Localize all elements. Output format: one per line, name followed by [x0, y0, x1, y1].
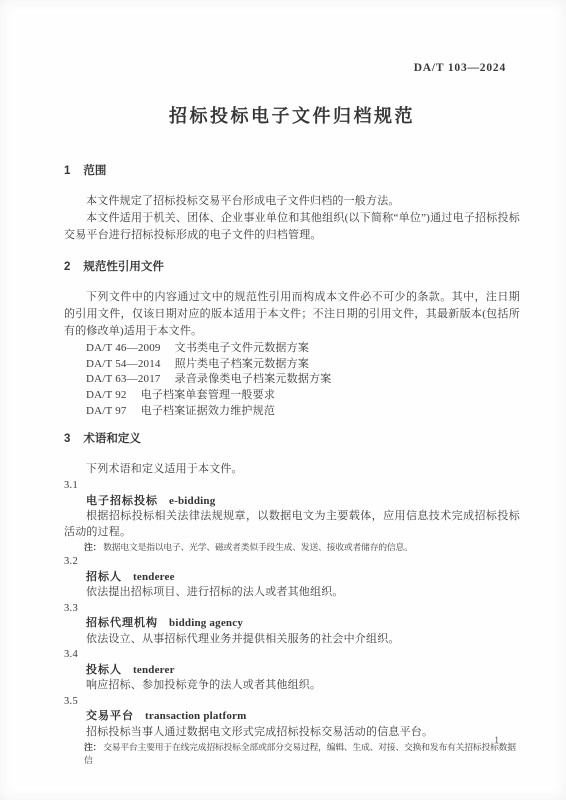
- term-definition: 依法设立、从事招标代理业务并提供相关服务的社会中介组织。: [64, 632, 520, 648]
- term-chinese: 电子招标投标: [86, 495, 158, 507]
- term-entry-3-4: 3.4 投标人tenderer 响应招标、参加投标竞争的法人或者其他组织。: [64, 647, 520, 694]
- note-text: 交易平台主要用于在线完成招标投标全部或部分交易过程，编辑、生成、对接、交换和发布…: [84, 742, 516, 765]
- note-text: 数据电文是指以电子、光学、磁或者类似手段生成、发送、接收或者储存的信息。: [103, 542, 413, 552]
- reference-code: DA/T 97: [86, 404, 127, 420]
- term-definition: 招标投标当事人通过数据电文形式完成招标投标交易活动的信息平台。: [64, 725, 520, 741]
- page-content: DA/T 103—2024 招标投标电子文件归档规范 1范围 本文件规定了招标投…: [64, 0, 520, 767]
- section-number: 3: [64, 432, 70, 446]
- document-title: 招标投标电子文件归档规范: [64, 102, 520, 128]
- term-name-line: 电子招标投标e-bidding: [64, 494, 520, 510]
- reference-item: DA/T 92电子档案单套管理一般要求: [64, 388, 520, 404]
- section-number: 2: [64, 260, 70, 274]
- section-title: 术语和定义: [83, 433, 141, 445]
- reference-code: DA/T 54—2014: [86, 357, 161, 373]
- reference-title: 电子档案证据效力维护规范: [141, 405, 275, 417]
- term-definition: 依法提出招标项目、进行招标的法人或者其他组织。: [64, 585, 520, 601]
- term-name-line: 招标代理机构bidding agency: [64, 616, 520, 632]
- terms-intro: 下列术语和定义适用于本文件。: [64, 461, 520, 478]
- scope-paragraph-2: 本文件适用于机关、团体、企业事业单位和其他组织(以下简称“单位”)通过电子招标投…: [64, 210, 520, 244]
- section-title: 范围: [83, 165, 106, 177]
- term-chinese: 交易平台: [86, 710, 134, 722]
- section-number: 1: [64, 164, 70, 178]
- term-english: e-bidding: [169, 495, 215, 507]
- term-english: bidding agency: [169, 617, 243, 629]
- reference-title: 照片类电子档案元数据方案: [175, 358, 309, 370]
- term-chinese: 招标人: [86, 571, 122, 583]
- term-number: 3.3: [64, 601, 520, 617]
- term-entry-3-5: 3.5 交易平台transaction platform 招标投标当事人通过数据…: [64, 694, 520, 768]
- term-note: 注：数据电文是指以电子、光学、磁或者类似手段生成、发送、接收或者储存的信息。: [84, 541, 520, 554]
- section-heading-references: 2规范性引用文件: [64, 260, 520, 274]
- term-entry-3-3: 3.3 招标代理机构bidding agency 依法设立、从事招标代理业务并提…: [64, 601, 520, 648]
- term-name-line: 交易平台transaction platform: [64, 709, 520, 725]
- section-heading-scope: 1范围: [64, 164, 520, 178]
- term-number: 3.1: [64, 478, 520, 494]
- term-english: transaction platform: [145, 710, 246, 722]
- reference-item: DA/T 63—2017录音录像类电子档案元数据方案: [64, 372, 520, 388]
- scope-paragraph-1: 本文件规定了招标投标交易平台形成电子文件归档的一般方法。: [64, 193, 520, 210]
- term-chinese: 招标代理机构: [86, 617, 158, 629]
- reference-title: 文书类电子文件元数据方案: [175, 342, 309, 354]
- references-intro: 下列文件中的内容通过文中的规范性引用而构成本文件必不可少的条款。其中，注日期的引…: [64, 289, 520, 341]
- references-list: DA/T 46—2009文书类电子文件元数据方案 DA/T 54—2014照片类…: [64, 341, 520, 419]
- term-definition: 响应招标、参加投标竞争的法人或者其他组织。: [64, 678, 520, 694]
- reference-code: DA/T 46—2009: [86, 341, 161, 357]
- terms-list: 3.1 电子招标投标e-bidding 根据招标投标相关法律法规规章，以数据电文…: [64, 478, 520, 767]
- term-name-line: 投标人tenderer: [64, 663, 520, 679]
- reference-item: DA/T 54—2014照片类电子档案元数据方案: [64, 357, 520, 373]
- reference-code: DA/T 63—2017: [86, 372, 161, 388]
- standard-code-header: DA/T 103—2024: [64, 62, 520, 74]
- reference-code: DA/T 92: [86, 388, 127, 404]
- reference-item: DA/T 46—2009文书类电子文件元数据方案: [64, 341, 520, 357]
- term-entry-3-2: 3.2 招标人tenderee 依法提出招标项目、进行招标的法人或者其他组织。: [64, 554, 520, 601]
- term-entry-3-1: 3.1 电子招标投标e-bidding 根据招标投标相关法律法规规章，以数据电文…: [64, 478, 520, 554]
- term-number: 3.5: [64, 694, 520, 710]
- term-english: tenderee: [133, 571, 175, 583]
- reference-title: 电子档案单套管理一般要求: [141, 389, 275, 401]
- term-number: 3.2: [64, 554, 520, 570]
- term-number: 3.4: [64, 647, 520, 663]
- page-number: 1: [494, 736, 499, 746]
- note-label: 注：: [84, 542, 101, 552]
- term-note: 注：交易平台主要用于在线完成招标投标全部或部分交易过程，编辑、生成、对接、交换和…: [84, 741, 520, 767]
- reference-item: DA/T 97电子档案证据效力维护规范: [64, 404, 520, 420]
- term-english: tenderer: [133, 664, 175, 676]
- reference-title: 录音录像类电子档案元数据方案: [175, 373, 332, 385]
- term-chinese: 投标人: [86, 664, 122, 676]
- document-page: DA/T 103—2024 招标投标电子文件归档规范 1范围 本文件规定了招标投…: [0, 0, 566, 800]
- section-title: 规范性引用文件: [83, 261, 164, 273]
- term-name-line: 招标人tenderee: [64, 570, 520, 586]
- term-definition: 根据招标投标相关法律法规规章，以数据电文为主要载体，应用信息技术完成招标投标活动…: [64, 509, 520, 540]
- section-heading-terms: 3术语和定义: [64, 432, 520, 446]
- note-label: 注：: [84, 742, 101, 752]
